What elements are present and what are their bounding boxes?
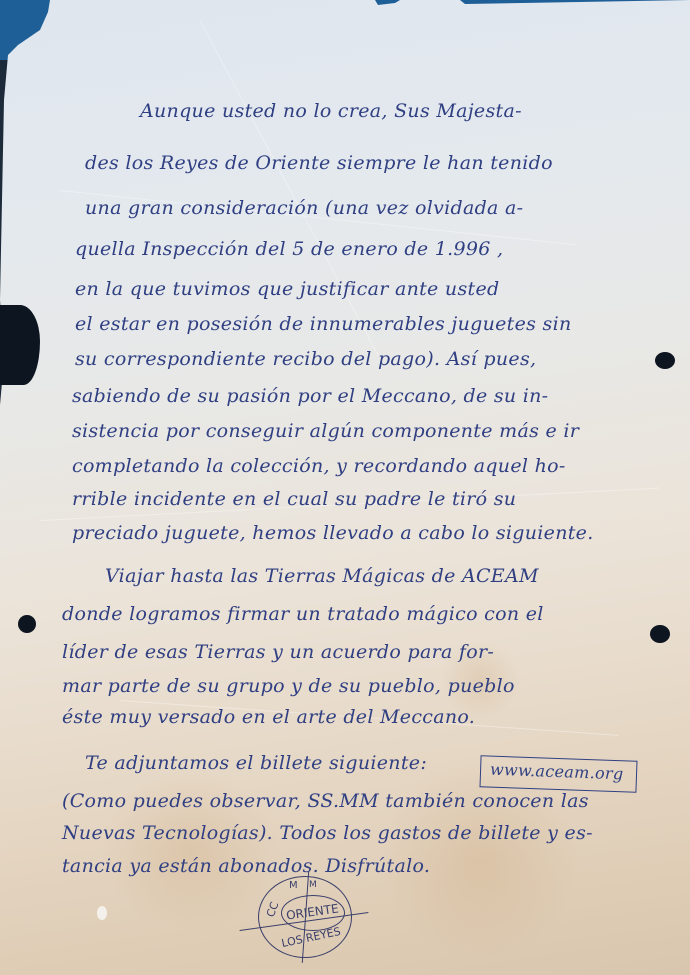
letter-line: sistencia por conseguir algún componente… [72,420,579,442]
letter-line: en la que tuvimos que justificar ante us… [75,278,499,300]
letter-line: Viajar hasta las Tierras Mágicas de ACEA… [105,565,539,587]
letter-line: una gran consideración (una vez olvidada… [85,197,523,219]
letter-body: Aunque usted no lo crea, Sus Majesta- de… [0,0,690,975]
letter-line: el estar en posesión de innumerables jug… [75,313,571,335]
stamp-text: CC [264,900,281,919]
reyes-de-oriente-stamp: M M CC ORIENTE LOS REYES [258,876,352,958]
letter-line: Nuevas Tecnologías). Todos los gastos de… [62,822,593,844]
stamp-text: M [309,880,317,890]
letter-line: líder de esas Tierras y un acuerdo para … [62,641,494,663]
letter-line: Te adjuntamos el billete siguiente: [85,752,427,774]
letter-line: tancia ya están abonados. Disfrútalo. [62,855,430,877]
stamp-text: M [289,880,298,891]
letter-line: su correspondiente recibo del pago). Así… [75,348,536,370]
letter-line: (Como puedes observar, SS.MM también con… [62,790,589,812]
letter-line: donde logramos firmar un tratado mágico … [62,603,544,625]
letter-line: rrible incidente en el cual su padre le … [72,488,516,510]
letter-line: completando la colección, y recordando a… [72,455,566,477]
letter-line: éste muy versado en el arte del Meccano. [62,706,475,728]
letter-line: quella Inspección del 5 de enero de 1.99… [75,238,503,260]
letter-line: mar parte de su grupo y de su pueblo, pu… [62,675,515,697]
letter-line: Aunque usted no lo crea, Sus Majesta- [140,100,522,122]
letter-line: des los Reyes de Oriente siempre le han … [85,152,553,174]
letter-line: sabiendo de su pasión por el Meccano, de… [72,385,548,407]
letter-line: preciado juguete, hemos llevado a cabo l… [72,522,594,544]
